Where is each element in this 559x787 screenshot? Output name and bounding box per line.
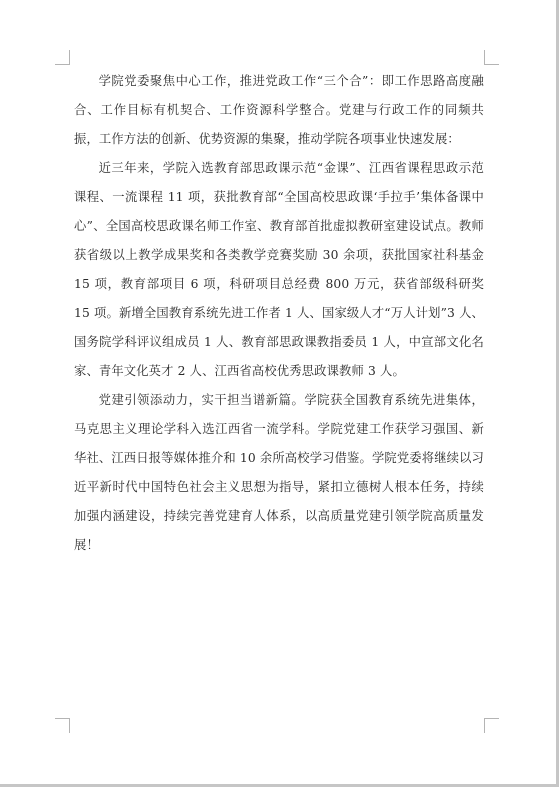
margin-mark-bottom-right bbox=[484, 718, 499, 733]
document-page: 学院党委聚焦中心工作，推进党政工作“三个合”：即工作思路高度融合、工作目标有机契… bbox=[0, 0, 556, 784]
margin-mark-bottom-left bbox=[55, 718, 70, 733]
margin-mark-top-left bbox=[55, 50, 70, 65]
paragraph-achievements: 近三年来，学院入选教育部思政课示范“金课”、江西省课程思政示范课程、一流课程 1… bbox=[74, 154, 484, 386]
margin-mark-top-right bbox=[484, 50, 499, 65]
paragraph-party-work-integration: 学院党委聚焦中心工作，推进党政工作“三个合”：即工作思路高度融合、工作目标有机契… bbox=[74, 67, 484, 154]
document-body[interactable]: 学院党委聚焦中心工作，推进党政工作“三个合”：即工作思路高度融合、工作目标有机契… bbox=[74, 67, 484, 560]
paragraph-party-leadership: 党建引领添动力，实干担当谱新篇。学院获全国教育系统先进集体，马克思主义理论学科入… bbox=[74, 386, 484, 560]
